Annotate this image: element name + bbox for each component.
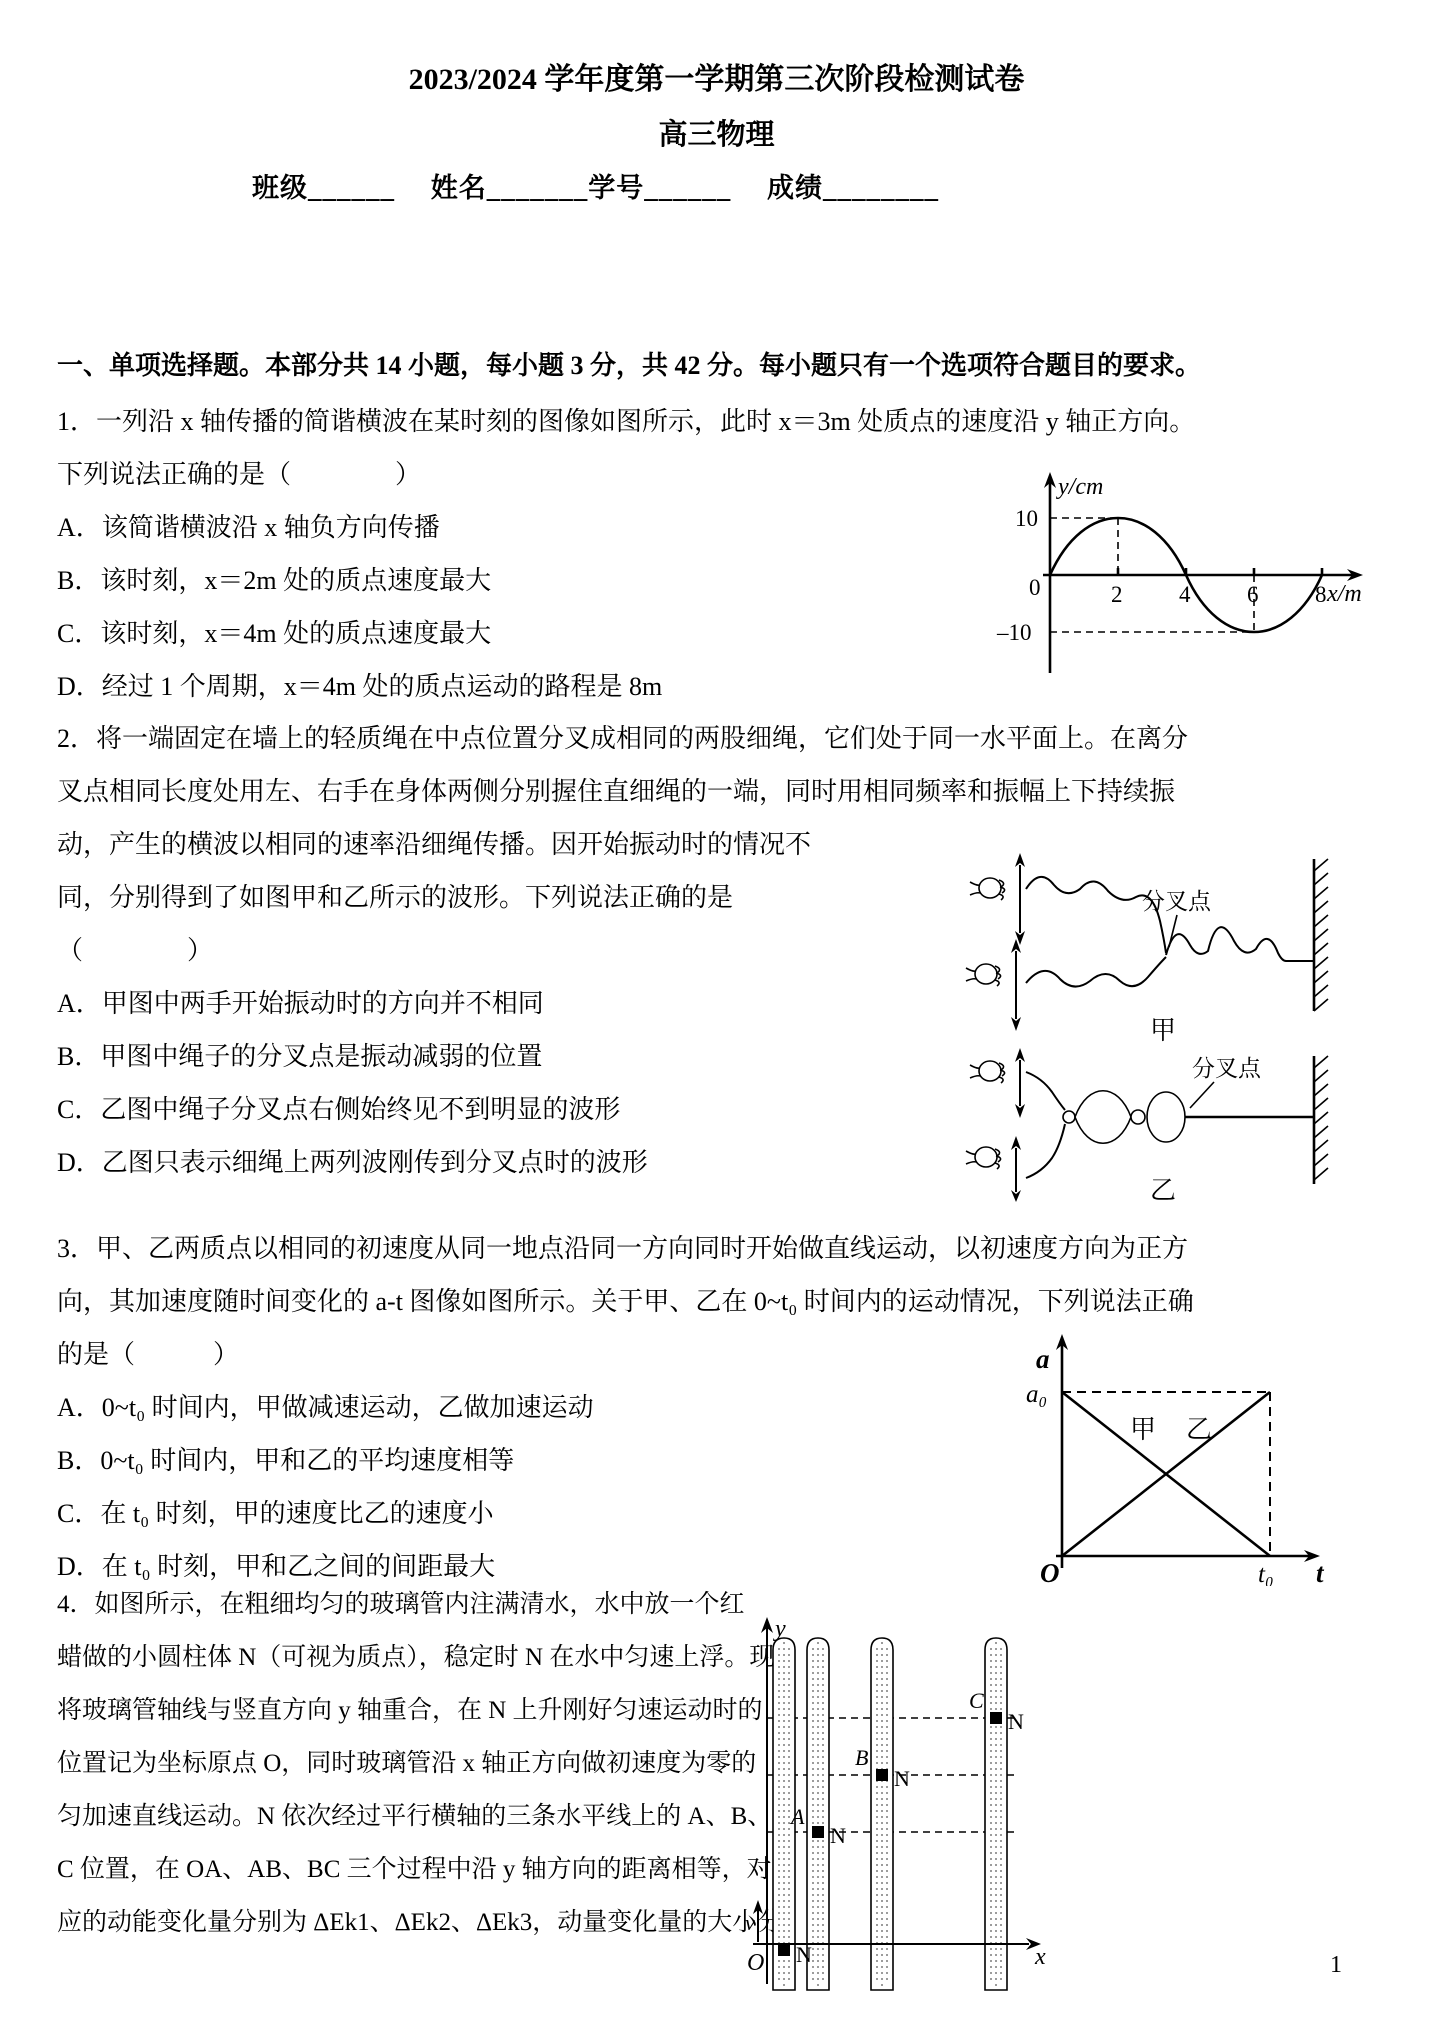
q2-figure-jia: 分叉点 甲 <box>952 845 1382 1045</box>
point-b-label: B <box>855 1745 868 1770</box>
q4-stem-line: 位置记为坐标原点 O，同时玻璃管沿 x 轴正方向做初速度为零的 <box>57 1737 782 1790</box>
round-loop <box>1147 1092 1185 1142</box>
y-tick-minus10: –10 <box>996 620 1032 645</box>
q3-stem-line: 向，其加速度随时间变化的 a-t 图像如图所示。关于甲、乙在 0~t₀ 时间内的… <box>57 1275 1194 1328</box>
point-a-label: A <box>789 1804 805 1829</box>
q4-tubes-figure: y x O v A B C N N N N <box>745 1612 1050 2007</box>
lower-rope-wave <box>1026 957 1166 987</box>
origin-label: O <box>747 1950 764 1976</box>
hand-icon <box>970 878 1005 900</box>
wall-hatching <box>1314 1056 1328 1180</box>
n-label: N <box>830 1823 846 1848</box>
q4-stem-line: 4．如图所示，在粗细均匀的玻璃管内注满清水，水中放一个红 <box>57 1578 782 1631</box>
lower-converging-rope <box>1026 1124 1065 1178</box>
q2-figure-yi: 分叉点 乙 <box>952 1048 1382 1203</box>
curve-jia-label: 甲 <box>1130 1415 1156 1444</box>
peak-dashed-line <box>1050 518 1118 575</box>
v-label: v <box>745 1910 755 1935</box>
section-header: 一、单项选择题。本部分共 14 小题，每小题 3 分，共 42 分。每小题只有一… <box>57 345 1397 382</box>
hand-icon <box>966 964 1001 986</box>
y-axis-label: y/cm <box>1056 474 1103 500</box>
glass-tube <box>807 1638 829 1990</box>
x-axis-label: x/m <box>1326 581 1362 607</box>
student-info-line: 班级______ 姓名_______学号______ 成绩________ <box>252 166 939 205</box>
q4-stem-line: 将玻璃管轴线与竖直方向 y 轴重合，在 N 上升刚好匀速运动时的 <box>57 1684 782 1737</box>
q4-stem-line: C 位置，在 OA、AB、BC 三个过程中沿 y 轴方向的距离相等，对 <box>57 1843 782 1896</box>
q4-stem-line: 蜡做的小圆柱体 N（可视为质点），稳定时 N 在水中匀速上浮。现 <box>57 1631 782 1684</box>
q1-wave-figure: y/cm x/m 10 0 –10 2 4 6 8 <box>985 468 1385 683</box>
up-down-arrow-icon <box>1015 1048 1025 1118</box>
a0-label: a₀ <box>1026 1381 1047 1408</box>
x-tick-6: 6 <box>1247 582 1259 607</box>
marker-n-at-a <box>812 1826 824 1838</box>
x-tick-4: 4 <box>1179 582 1191 607</box>
x-axis-label: t <box>1316 1558 1325 1586</box>
origin-label: O <box>1040 1558 1060 1586</box>
q2-stem-line: 2．将一端固定在墙上的轻质绳在中点位置分叉成相同的两股细绳，它们处于同一水平面上… <box>57 712 1188 765</box>
q3-at-graph: a a₀ O t₀ t 甲 乙 <box>1000 1328 1335 1586</box>
q4-stem-line: 应的动能变化量分别为 ΔEk1、ΔEk2、ΔEk3，动量变化量的大小分 <box>57 1896 782 1949</box>
node-loop <box>1063 1111 1075 1123</box>
y-axis-label: y <box>773 1616 786 1642</box>
glass-tube <box>985 1638 1007 1990</box>
curve-yi-label: 乙 <box>1186 1415 1212 1444</box>
glass-tube <box>871 1638 893 1990</box>
hand-icon <box>966 1147 1001 1169</box>
t0-label: t₀ <box>1258 1561 1274 1586</box>
exam-page: 2023/2024 学年度第一学期第三次阶段检测试卷 高三物理 班级______… <box>0 0 1433 2024</box>
upper-converging-rope <box>1026 1072 1065 1110</box>
q3-stem-line: 3．甲、乙两质点以相同的初速度从同一地点沿同一方向同时开始做直线运动，以初速度方… <box>57 1222 1194 1275</box>
q2-stem-line: 叉点相同长度处用左、右手在身体两侧分别握住直细绳的一端，同时用相同频率和振幅上下… <box>57 765 1188 818</box>
marker-n-origin <box>778 1944 790 1956</box>
page-title: 2023/2024 学年度第一学期第三次阶段检测试卷 <box>0 54 1433 98</box>
fork-point-label: 分叉点 <box>1192 1056 1262 1081</box>
hand-icon <box>970 1061 1005 1083</box>
fork-pointer-line <box>1169 915 1177 947</box>
n-label: N <box>1008 1709 1024 1734</box>
lens-loop <box>1075 1091 1131 1144</box>
x-axis-label: x <box>1034 1944 1046 1970</box>
wall-hatching <box>1314 859 1328 1011</box>
n-label: N <box>796 1942 812 1967</box>
marker-n-at-b <box>876 1769 888 1781</box>
fork-point-label: 分叉点 <box>1142 889 1212 914</box>
figure-yi-caption: 乙 <box>1150 1176 1176 1203</box>
n-label: N <box>894 1766 910 1791</box>
x-tick-8: 8 <box>1315 582 1327 607</box>
question-4: 4．如图所示，在粗细均匀的玻璃管内注满清水，水中放一个红 蜡做的小圆柱体 N（可… <box>57 1578 782 1949</box>
q1-stem-line: 1．一列沿 x 轴传播的简谐横波在某时刻的图像如图所示，此时 x＝3m 处质点的… <box>57 395 1195 448</box>
marker-n-at-c <box>990 1712 1002 1724</box>
up-down-arrow-icon <box>1011 1136 1021 1202</box>
merged-rope-wave <box>1166 927 1314 961</box>
up-down-arrow-icon <box>1015 853 1025 945</box>
point-c-label: C <box>969 1688 984 1713</box>
y-axis-label: a <box>1036 1344 1050 1374</box>
q4-stem-line: 匀加速直线运动。N 依次经过平行横轴的三条水平线上的 A、B、 <box>57 1790 782 1843</box>
figure-jia-caption: 甲 <box>1150 1016 1176 1045</box>
node-loop <box>1131 1110 1145 1124</box>
origin-label: 0 <box>1029 575 1041 600</box>
y-tick-10: 10 <box>1015 506 1038 531</box>
fork-pointer-line <box>1190 1082 1214 1108</box>
page-number: 1 <box>1330 1952 1342 1979</box>
up-down-arrow-icon <box>1011 939 1021 1031</box>
x-tick-2: 2 <box>1111 582 1123 607</box>
page-subtitle: 高三物理 <box>0 112 1433 153</box>
